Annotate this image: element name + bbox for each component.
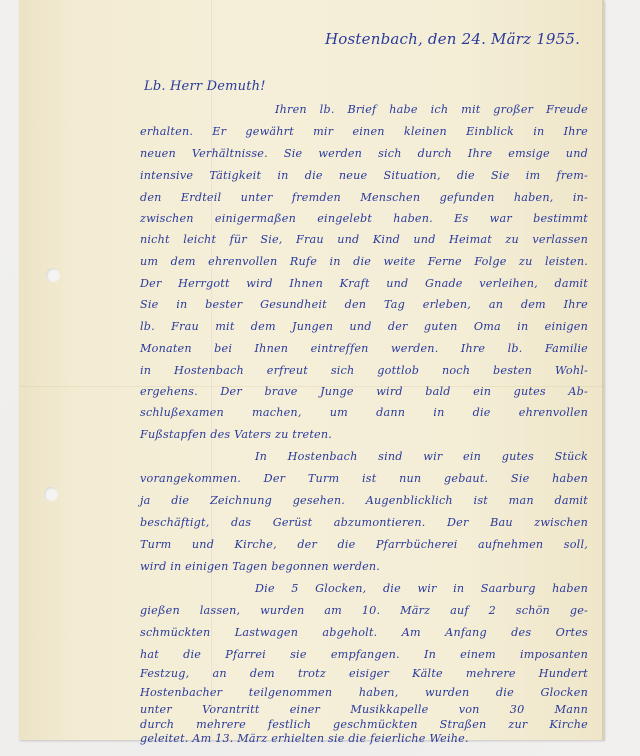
letter-line: Die 5 Glocken, die wir in Saarburg haben (255, 582, 588, 595)
letter-line: hat die Pfarrei sie empfangen. In einem … (140, 648, 588, 661)
letter-line: um dem ehrenvollen Rufe in die weite Fer… (140, 255, 588, 268)
letter-line: schlußexamen machen, um dann in die ehre… (140, 406, 588, 419)
letter-salutation: Lb. Herr Demuth! (144, 79, 266, 94)
letter-line: Ihren lb. Brief habe ich mit großer Freu… (275, 103, 588, 116)
letter-line: Festzug, an dem trotz eisiger Kälte mehr… (140, 667, 588, 680)
letter-line: Der Herrgott wird Ihnen Kraft und Gnade … (140, 277, 588, 290)
letter-line: den Erdteil unter fremden Menschen gefun… (140, 191, 588, 204)
letter-line: In Hostenbach sind wir ein gutes Stück (255, 450, 588, 463)
letter-dateline: Hostenbach, den 24. März 1955. (325, 30, 580, 48)
paper-edge (602, 0, 604, 740)
letter-line: ja die Zeichnung gesehen. Augenblicklich… (140, 494, 588, 507)
punch-hole-bottom (44, 487, 58, 501)
letter-line: Turm und Kirche, der die Pfarrbücherei a… (140, 538, 588, 551)
letter-line: unter Vorantritt einer Musikkapelle von … (140, 703, 588, 716)
letter-line: intensive Tätigkeit in die neue Situatio… (140, 169, 588, 182)
letter-line: erhalten. Er gewährt mir einen kleinen E… (140, 125, 588, 138)
letter-line: lb. Frau mit dem Jungen und der guten Om… (140, 320, 588, 333)
letter-line: schmückten Lastwagen abgeholt. Am Anfang… (140, 626, 588, 639)
letter-line: Monaten bei Ihnen eintreffen werden. Ihr… (140, 342, 588, 355)
letter-line: nicht leicht für Sie, Frau und Kind und … (140, 233, 588, 246)
letter-line: neuen Verhältnisse. Sie werden sich durc… (140, 147, 588, 160)
letter-line: durch mehrere festlich geschmückten Stra… (140, 718, 588, 731)
letter-line: geleitet. Am 13. März erhielten sie die … (140, 732, 588, 745)
letter-line: vorangekommen. Der Turm ist nun gebaut. … (140, 472, 588, 485)
letter-line: Fußstapfen des Vaters zu treten. (140, 428, 588, 441)
punch-hole-top (46, 268, 60, 282)
letter-line: ergehens. Der brave Junge wird bald ein … (140, 385, 588, 398)
letter-line: zwischen einigermaßen eingelebt haben. E… (140, 212, 588, 225)
letter-line: gießen lassen, wurden am 10. März auf 2 … (140, 604, 588, 617)
letter-line: in Hostenbach erfreut sich gottlob noch … (140, 364, 588, 377)
letter-line: Sie in bester Gesundheit den Tag erleben… (140, 298, 588, 311)
letter-line: beschäftigt, das Gerüst abzumontieren. D… (140, 516, 588, 529)
letter-line: wird in einigen Tagen begonnen werden. (140, 560, 588, 573)
letter-line: Hostenbacher teilgenommen haben, wurden … (140, 686, 588, 699)
